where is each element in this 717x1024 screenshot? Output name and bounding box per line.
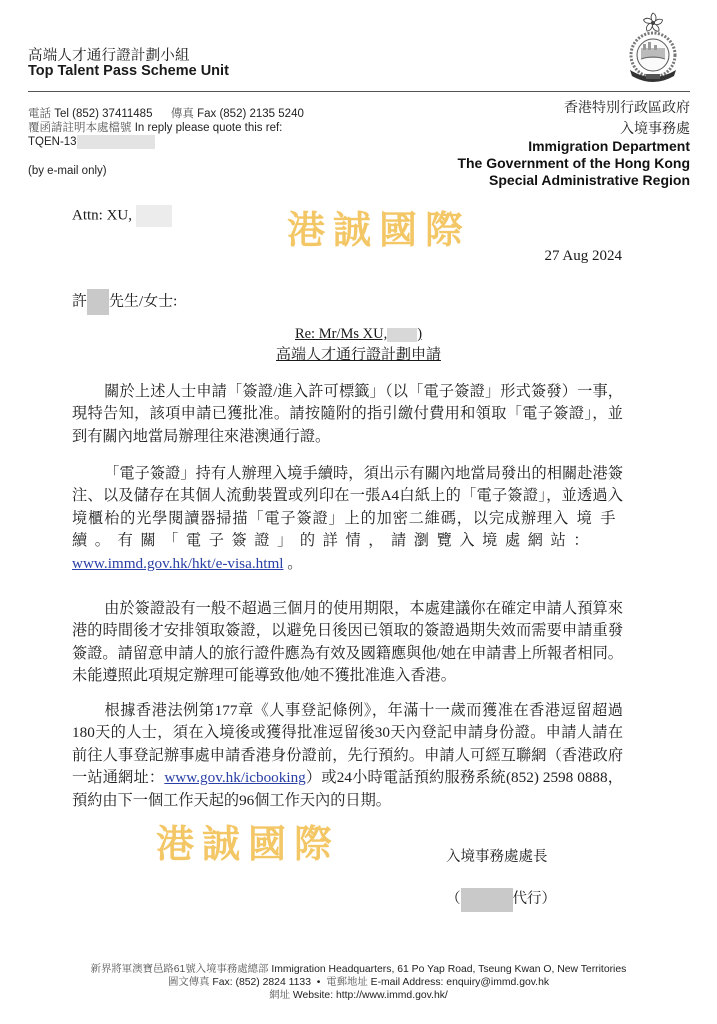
ref-value: TQEN-13: [28, 136, 77, 148]
subject-line: 高端人才通行證計劃申請: [0, 343, 717, 364]
fax-value: (852) 2135 5240: [219, 108, 303, 120]
watermark-top: 港誠國際: [287, 199, 471, 254]
reference-number: TQEN-13: [28, 135, 304, 149]
paragraph-evisa-usage: 「電子簽證」持有人辦理入境手續時，須出示有關內地當局發出的相關赴港簽注、以及儲存…: [72, 463, 623, 575]
signatory-name: （代行）: [446, 887, 556, 912]
tel-label: Tel: [54, 108, 69, 120]
paragraph-validity: 由於簽證設有一般不超過三個月的使用期限，本處建議你在確定申請人預算來港的時間後才…: [72, 598, 623, 688]
footer-web[interactable]: Website: http://www.immd.gov.hk/: [293, 990, 448, 1001]
footer-fax-email: 圖文傳真 Fax: (852) 2824 1133 • 電郵地址 E-mail …: [0, 976, 717, 989]
footer-bullet: •: [317, 977, 321, 988]
redaction-box: [461, 888, 513, 912]
tel-label-zh: 電話: [28, 108, 51, 120]
ref-label-zh: 覆函請註明本處檔號: [28, 122, 132, 134]
redaction-box: [77, 135, 155, 149]
re-text-end: ): [417, 326, 422, 342]
signatory-open: （: [446, 891, 461, 907]
unit-name-english: Top Talent Pass Scheme Unit: [28, 63, 229, 79]
subject-text: 高端人才通行證計劃申請: [276, 347, 441, 363]
footer-web-zh: 網址: [269, 990, 290, 1001]
footer-address: 新界將軍澳寶邑路61號入境事務處總部 Immigration Headquart…: [0, 963, 717, 976]
paragraph-text: 由於簽證設有一般不超過三個月的使用期限，本處建議你在確定申請人預算來港的時間後才…: [72, 600, 623, 684]
paragraph-text: 關於上述人士申請「簽證/進入許可標籤」（以「電子簽證」形式簽發）一事，現特告知，…: [72, 383, 623, 445]
signatory-close: 代行）: [513, 891, 557, 907]
fax-label: Fax: [197, 108, 216, 120]
re-text: Re: Mr/Ms XU,: [295, 326, 387, 342]
redaction-box: [387, 328, 417, 342]
paragraph-text: 「電子簽證」持有人辦理入境手續時，須出示有關內地當局發出的相關赴港簽注、以及儲存…: [72, 465, 623, 527]
salutation: 許先生/女士:: [72, 289, 177, 315]
contact-phone-fax-line: 電話 Tel (852) 37411485 傳真 Fax (852) 2135 …: [28, 107, 304, 121]
salutation-suffix: 先生/女士:: [109, 293, 177, 309]
contact-block: 電話 Tel (852) 37411485 傳真 Fax (852) 2135 …: [28, 107, 304, 149]
footer-address-en: Immigration Headquarters, 61 Po Yap Road…: [271, 964, 626, 975]
evisa-link[interactable]: www.immd.gov.hk/hkt/e-visa.html: [72, 555, 283, 572]
government-name-en-line2: Special Administrative Region: [457, 172, 690, 189]
department-name-en: Immigration Department: [457, 138, 690, 155]
tel-value: (852) 37411485: [72, 108, 152, 120]
footer-address-zh: 新界將軍澳寶邑路61號入境事務處總部: [91, 964, 269, 975]
footer-fax: Fax: (852) 2824 1133: [212, 977, 311, 988]
unit-name-chinese: 高端人才通行證計劃小組: [28, 44, 190, 65]
redaction-box: [87, 289, 109, 315]
paragraph-approval: 關於上述人士申請「簽證/進入許可標籤」（以「電子簽證」形式簽發）一事，現特告知，…: [72, 381, 623, 448]
redaction-box: [136, 205, 172, 227]
delivery-note: (by e-mail only): [28, 165, 107, 177]
footer: 新界將軍澳寶邑路61號入境事務處總部 Immigration Headquart…: [0, 963, 717, 1003]
government-name-en-line1: The Government of the Hong Kong: [457, 155, 690, 172]
paragraph-text-end: 。: [283, 555, 302, 572]
fax-label-zh: 傳真: [171, 108, 194, 120]
footer-email[interactable]: E-mail Address: enquiry@immd.gov.hk: [371, 977, 549, 988]
ref-label: In reply please quote this ref:: [135, 122, 283, 134]
salutation-prefix: 許: [72, 293, 87, 309]
government-name-zh: 香港特別行政區政府: [457, 96, 690, 118]
signatory-title: 入境事務處處長: [446, 845, 548, 866]
header-divider: [28, 91, 690, 92]
letter-date: 27 Aug 2024: [544, 248, 622, 265]
attn-text: Attn: XU,: [72, 207, 132, 223]
footer-website: 網址 Website: http://www.immd.gov.hk/: [0, 989, 717, 1002]
watermark-bottom: 港誠國際: [156, 813, 340, 868]
paragraph-id-registration: 根據香港法例第177章《人事登記條例》，年滿十一歲而獲准在香港逗留超過180天的…: [72, 700, 623, 812]
footer-email-zh: 電郵地址: [326, 977, 368, 988]
reference-line: 覆函請註明本處檔號 In reply please quote this ref…: [28, 121, 304, 135]
footer-fax-zh: 圖文傳真: [168, 977, 210, 988]
department-name-zh: 入境事務處: [457, 118, 690, 138]
department-emblem-icon: [614, 10, 692, 88]
icbooking-link[interactable]: www.gov.hk/icbooking: [164, 769, 305, 786]
department-block: 香港特別行政區政府 入境事務處 Immigration Department T…: [457, 96, 690, 189]
re-line: Re: Mr/Ms XU,): [0, 326, 717, 343]
attention-line: Attn: XU,: [72, 205, 172, 227]
